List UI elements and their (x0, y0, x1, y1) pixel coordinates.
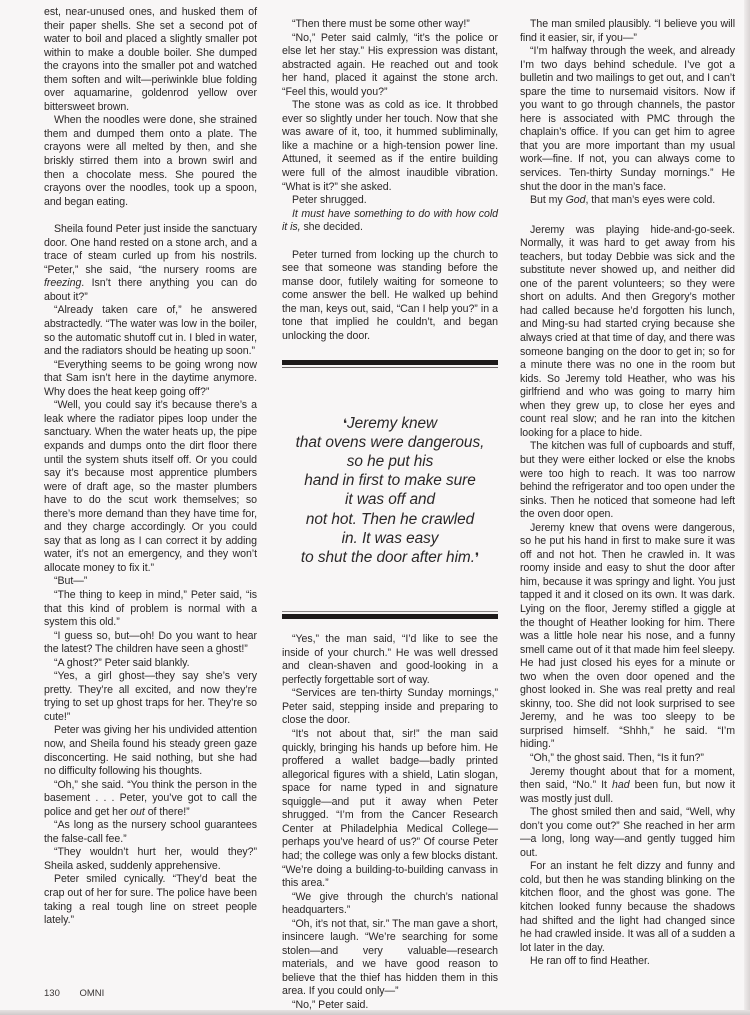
column-2: “Then there must be some other way!” “No… (282, 6, 498, 1013)
paragraph: “Oh, it’s not that, sir.” The man gave a… (282, 918, 498, 999)
paragraph: “A ghost?” Peter said blankly. (44, 657, 257, 671)
paragraph: For an instant he felt dizzy and funny a… (520, 860, 735, 955)
paragraph: “Well, you could say it’s because there’… (44, 399, 257, 575)
paragraph: Jeremy thought about that for a mo­ment,… (520, 766, 735, 807)
pull-quote-line: that ovens were dangerous, (282, 433, 498, 452)
paragraph: Peter turned from locking up the church … (282, 249, 498, 344)
paragraph: “Services are ten-thirty Sunday morn­ing… (282, 687, 498, 728)
pull-quote-line: hand in first to make sure (282, 471, 498, 490)
paragraph: “Yes,” the man said, “I’d like to see th… (282, 633, 498, 687)
paragraph: “They wouldn’t hurt her, would they?” Sh… (44, 846, 257, 873)
paragraph: “The thing to keep in mind,” Peter said,… (44, 589, 257, 630)
paragraph: Jeremy knew that ovens were danger­ous, … (520, 522, 735, 752)
text: she decided. (301, 221, 363, 233)
text: But my (530, 194, 566, 206)
italic-text: out (130, 806, 145, 818)
column-3: The man smiled plausibly. “I believe you… (520, 6, 735, 969)
italic-text: had (612, 779, 630, 791)
italic-text: freezing (44, 277, 81, 289)
paragraph: “It’s not about that, sir!” the man said… (282, 728, 498, 891)
paragraph: “I guess so, but—oh! Do you want to hear… (44, 630, 257, 657)
paragraph: “Already taken care of,” he answered abs… (44, 304, 257, 358)
magazine-name: OMNI (80, 988, 105, 999)
divider (282, 614, 498, 619)
page-edge-shadow (0, 1010, 750, 1015)
pull-quote: ❛Jeremy knew that ovens were dangerous, … (282, 414, 498, 568)
text: of there!” (145, 806, 190, 818)
paragraph: “But—” (44, 575, 257, 589)
pull-quote-line: it was off and (282, 490, 498, 509)
paragraph: When the noodles were done, she strained… (44, 114, 257, 209)
pullquote-bottom-rule (282, 611, 498, 619)
paragraph: Peter smiled cynically. “They’d beat the… (44, 873, 257, 927)
pull-quote-line: in. It was easy (282, 529, 498, 548)
pullquote-top-rule (282, 360, 498, 368)
paragraph: Peter shrugged. (282, 194, 498, 208)
paragraph: “I’m halfway through the week, and al­re… (520, 45, 735, 194)
pull-quote-line: ❛Jeremy knew (282, 414, 498, 433)
paragraph: Jeremy was playing hide-and-go-seek. Nor… (520, 224, 735, 441)
paragraph: “Oh,” she said. “You think the person in… (44, 779, 257, 820)
paragraph: The kitchen was full of cupboards and st… (520, 440, 735, 521)
paragraph: The ghost smiled then and said, “Well, w… (520, 806, 735, 860)
divider (282, 360, 498, 365)
column-1: est, near-unused ones, and husked them o… (44, 6, 257, 928)
paragraph: “We give through the church’s national h… (282, 891, 498, 918)
page-number: 130 (44, 988, 60, 999)
paragraph: “Oh,” the ghost said. Then, “Is it fun?” (520, 752, 735, 766)
paragraph: est, near-unused ones, and husked them o… (44, 6, 257, 114)
divider (282, 367, 498, 368)
paragraph: “Yes, a girl ghost—they say she’s very p… (44, 670, 257, 724)
paragraph: Peter was giving her his undivided at­te… (44, 724, 257, 778)
paragraph: “Then there must be some other way!” (282, 18, 498, 32)
paragraph: But my God, that man’s eyes were cold. (520, 194, 735, 208)
paragraph: It must have something to do with how co… (282, 208, 498, 235)
paragraph: The man smiled plausibly. “I believe you… (520, 18, 735, 45)
page-folio: 130 OMNI (44, 988, 121, 999)
italic-text: God (566, 194, 586, 206)
pull-quote-line: to shut the door after him.❜ (282, 548, 498, 567)
paragraph: “No,” Peter said calmly, “it’s the polic… (282, 32, 498, 100)
pull-quote-line: so he put his (282, 452, 498, 471)
text: Sheila found Peter just inside the sanc­… (44, 223, 257, 276)
pull-quote-line: not hot. Then he crawled (282, 510, 498, 529)
text: , that man’s eyes were cold. (585, 194, 715, 206)
paragraph: “Everything seems to be going wrong now … (44, 359, 257, 400)
magazine-page: est, near-unused ones, and husked them o… (0, 0, 750, 1015)
paragraph: Sheila found Peter just inside the sanc­… (44, 223, 257, 304)
paragraph: He ran off to find Heather. (520, 955, 735, 969)
close-quote-icon: ❜ (475, 550, 479, 565)
paragraph: The stone was as cold as ice. It throbbe… (282, 99, 498, 194)
divider (282, 611, 498, 612)
page-edge-shadow (744, 0, 750, 1015)
paragraph: “As long as the nursery school guaran­te… (44, 819, 257, 846)
